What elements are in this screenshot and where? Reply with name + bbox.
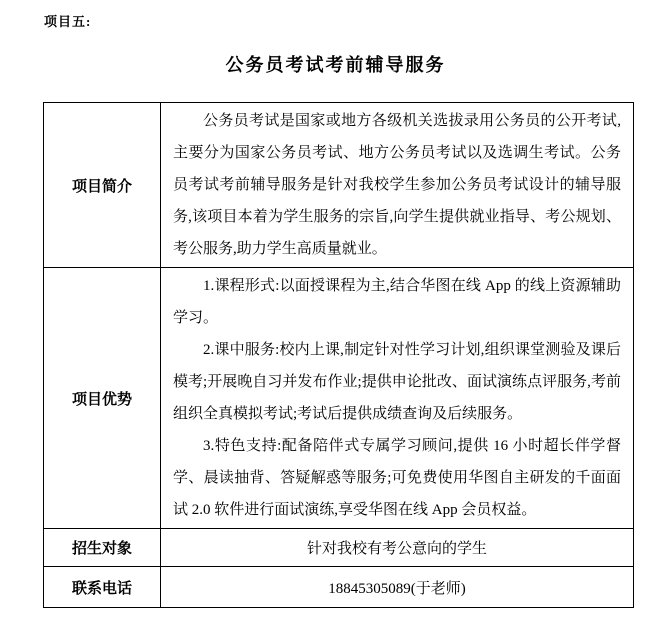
table-row-phone: 联系电话 18845305089(于老师) (44, 567, 634, 608)
page-title: 公务员考试考前辅导服务 (0, 51, 671, 77)
row-header-intro: 项目简介 (44, 103, 161, 268)
info-table: 项目简介 公务员考试是国家或地方各级机关选拔录用公务员的公开考试,主要分为国家公… (43, 102, 634, 608)
row-content-intro: 公务员考试是国家或地方各级机关选拔录用公务员的公开考试,主要分为国家公务员考试、… (161, 103, 634, 268)
document-page: 项目五: 公务员考试考前辅导服务 项目简介 公务员考试是国家或地方各级机关选拔录… (0, 0, 671, 626)
row-content-target: 针对我校有考公意向的学生 (161, 529, 634, 567)
table-row-strengths: 项目优势 1.课程形式:以面授课程为主,结合华图在线 App 的线上资源辅助学习… (44, 268, 634, 529)
strength-paragraph-1: 1.课程形式:以面授课程为主,结合华图在线 App 的线上资源辅助学习。 (173, 270, 621, 334)
table-row-target: 招生对象 针对我校有考公意向的学生 (44, 529, 634, 567)
row-content-phone: 18845305089(于老师) (161, 567, 634, 608)
strength-paragraph-2: 2.课中服务:校内上课,制定针对性学习计划,组织课堂测验及课后模考;开展晚自习并… (173, 334, 621, 430)
row-content-strengths: 1.课程形式:以面授课程为主,结合华图在线 App 的线上资源辅助学习。 2.课… (161, 268, 634, 529)
row-header-phone: 联系电话 (44, 567, 161, 608)
row-header-target: 招生对象 (44, 529, 161, 567)
table-row-intro: 项目简介 公务员考试是国家或地方各级机关选拔录用公务员的公开考试,主要分为国家公… (44, 103, 634, 268)
intro-paragraph: 公务员考试是国家或地方各级机关选拔录用公务员的公开考试,主要分为国家公务员考试、… (173, 105, 621, 265)
row-header-strengths: 项目优势 (44, 268, 161, 529)
strength-paragraph-3: 3.特色支持:配备陪伴式专属学习顾问,提供 16 小时超长伴学督学、晨读抽背、答… (173, 430, 621, 526)
section-label: 项目五: (44, 11, 91, 30)
